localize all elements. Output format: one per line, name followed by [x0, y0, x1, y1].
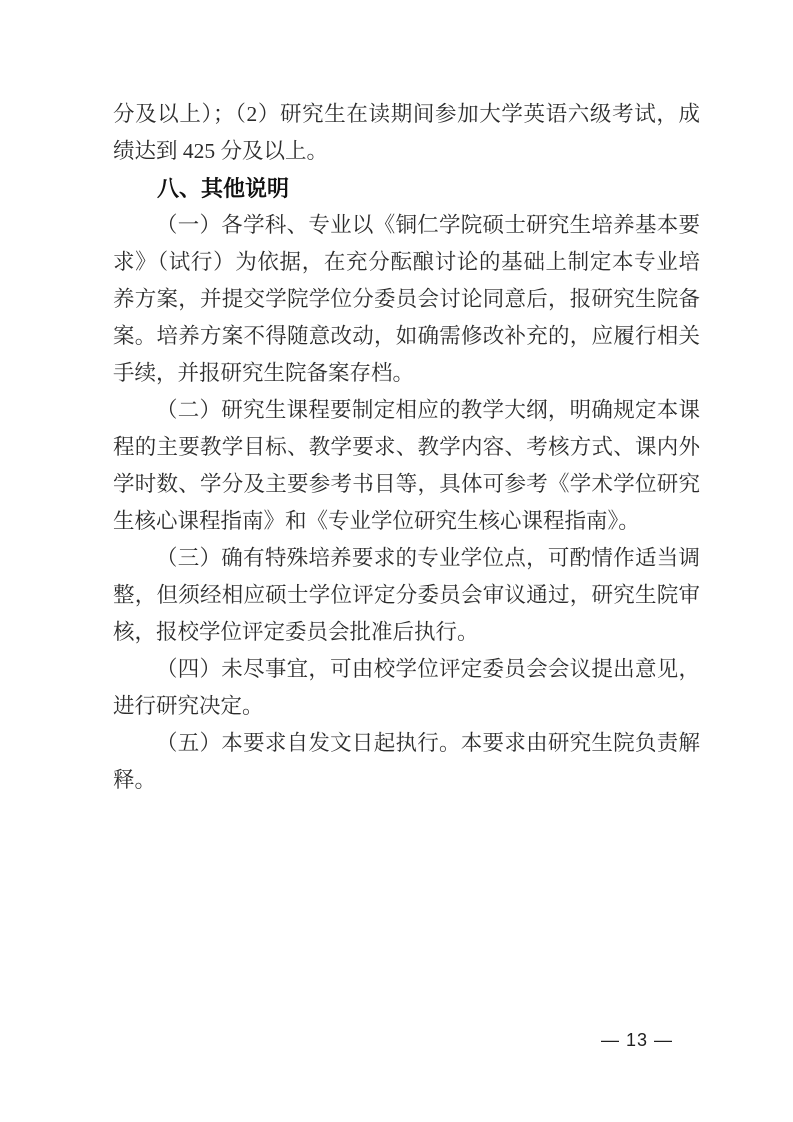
paragraph-item-1: （一）各学科、专业以《铜仁学院硕士研究生培养基本要求》（试行）为依据，在充分酝酿…: [113, 207, 700, 392]
paragraph-item-4: （四）未尽事宜，可由校学位评定委员会会议提出意见，进行研究决定。: [113, 651, 700, 725]
document-page: 分及以上）；（2）研究生在读期间参加大学英语六级考试，成绩达到 425 分及以上…: [0, 0, 793, 1122]
paragraph-item-2: （二）研究生课程要制定相应的教学大纲，明确规定本课程的主要教学目标、教学要求、教…: [113, 392, 700, 540]
paragraph-item-5: （五）本要求自发文日起执行。本要求由研究生院负责解释。: [113, 725, 700, 799]
page-number: — 13 —: [601, 1028, 673, 1052]
section-heading-other-notes: 八、其他说明: [113, 170, 700, 207]
paragraph-continuation: 分及以上）；（2）研究生在读期间参加大学英语六级考试，成绩达到 425 分及以上…: [113, 96, 700, 170]
paragraph-item-3: （三）确有特殊培养要求的专业学位点，可酌情作适当调整，但须经相应硕士学位评定分委…: [113, 540, 700, 651]
document-body: 分及以上）；（2）研究生在读期间参加大学英语六级考试，成绩达到 425 分及以上…: [113, 96, 700, 799]
